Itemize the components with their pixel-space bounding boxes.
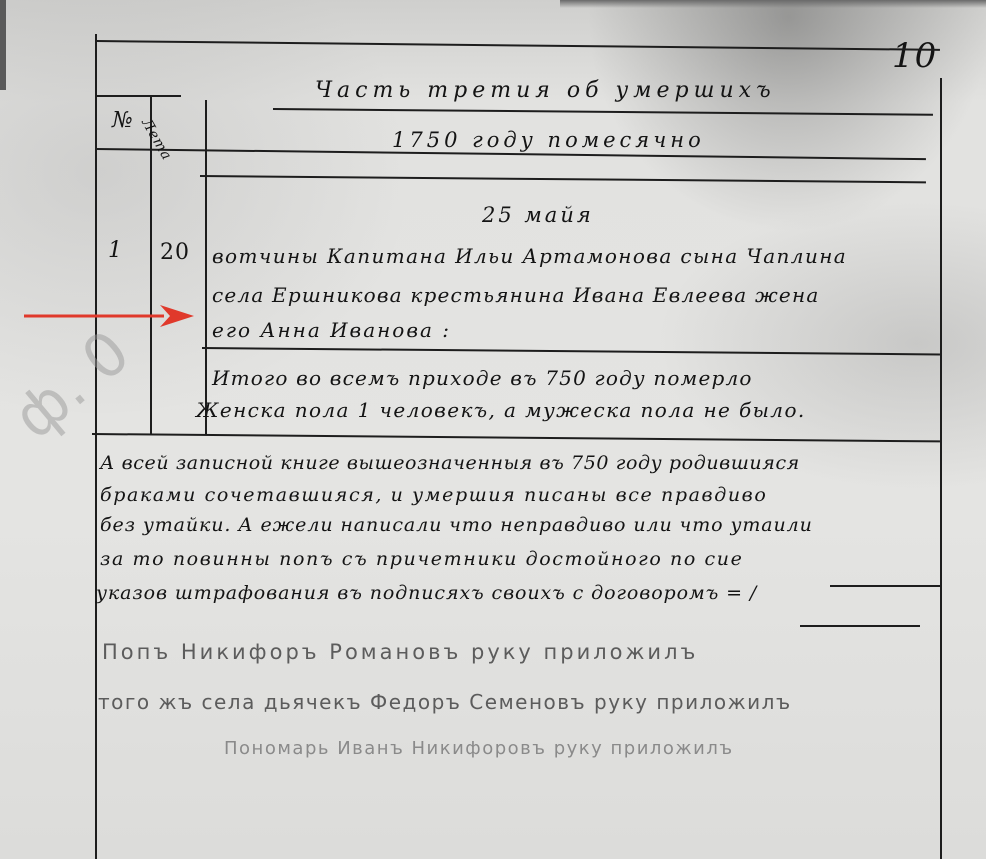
- month-heading: 25 майя: [482, 203, 594, 227]
- section-title: Часть третия об умершихъ: [315, 78, 776, 103]
- certification-line-4: за то повинны попъ съ причетники достойн…: [100, 548, 743, 570]
- column-header-age: Лета: [138, 116, 175, 163]
- top-rule: [96, 40, 940, 50]
- year-line: 1750 году помесячно: [392, 128, 705, 152]
- certification-line-1: А всей записной книге вышеозначенныя въ …: [100, 452, 800, 474]
- scanned-page: 10 Часть третия об умершихъ 1750 году по…: [0, 0, 986, 859]
- certification-line-5: указов штрафования въ подписяхъ своихъ с…: [96, 582, 757, 604]
- certification-line-3: без утайки. А ежели написали что неправд…: [100, 514, 813, 536]
- page-top-shadow: [560, 0, 986, 8]
- header-rule-1: [273, 108, 933, 115]
- header-rule-3: [200, 175, 926, 183]
- red-arrow-annotation: [24, 304, 194, 328]
- entry-age: 20: [160, 240, 190, 265]
- page-number: 10: [892, 36, 937, 76]
- page-binding-shadow: [0, 0, 6, 90]
- certification-rule: [830, 585, 940, 587]
- right-border-line: [940, 78, 942, 859]
- summary-line-1: Итого во всемъ приходе въ 750 году помер…: [212, 366, 753, 390]
- column-header-number: №: [112, 108, 134, 133]
- small-rule-top: [96, 95, 181, 97]
- entry-bottom-rule: [202, 347, 940, 355]
- summary-line-2: Женска пола 1 человекъ, а мужеска пола н…: [196, 398, 806, 422]
- signature-sexton: Пономарь Иванъ Никифоровъ руку приложилъ: [224, 738, 734, 759]
- entry-line-1: вотчины Капитана Ильи Артамонова сына Ча…: [212, 244, 847, 268]
- certification-line-2: браками сочетавшияся, и умершия писаны в…: [100, 484, 767, 506]
- signature-deacon: того жъ села дьячекъ Федоръ Семеновъ рук…: [98, 690, 792, 714]
- summary-bottom-rule: [92, 433, 940, 442]
- entry-number: 1: [108, 238, 123, 263]
- left-border-line: [95, 34, 97, 859]
- col-age-divider: [205, 100, 207, 435]
- signature-priest: Попъ Никифоръ Романовъ руку приложилъ: [102, 640, 698, 664]
- entry-line-2: села Ершникова крестьянина Ивана Евлеева…: [212, 283, 819, 307]
- certification-end-rule: [800, 625, 920, 627]
- entry-line-3: его Анна Иванова :: [212, 318, 451, 342]
